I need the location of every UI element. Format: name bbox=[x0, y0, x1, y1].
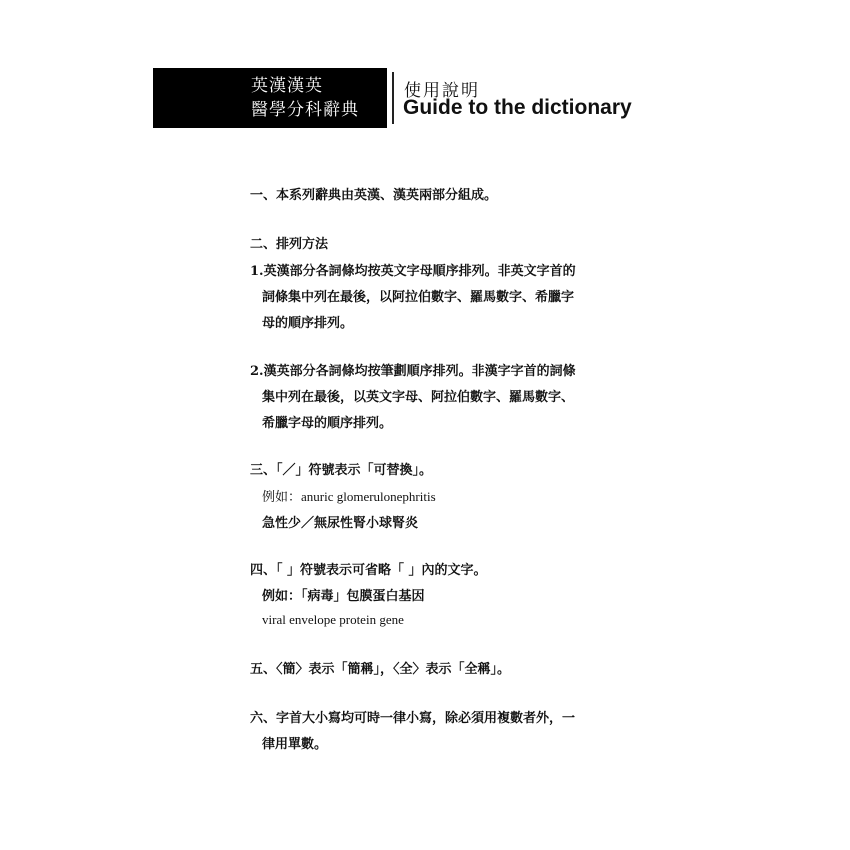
section-5: 五、〈簡〉表示「簡稱」，〈全〉表示「全稱」。 bbox=[250, 658, 510, 677]
dictionary-name-line2: 醫學分科辭典 bbox=[251, 98, 359, 122]
section-6-line-2: 律用單數。 bbox=[262, 733, 327, 752]
section-3-example-chinese: 急性少／無尿性腎小球腎炎 bbox=[262, 512, 418, 531]
section-2-title: 二、排列方法 bbox=[250, 233, 328, 252]
header-divider bbox=[392, 72, 394, 124]
section-2-item-2-line-3: 希臘字母的順序排列。 bbox=[262, 412, 392, 431]
section-4-title: 四、「 」符號表示可省略「 」內的文字。 bbox=[250, 559, 487, 578]
section-1: 一、本系列辭典由英漢、漢英兩部分組成。 bbox=[250, 184, 497, 203]
dictionary-name-line1: 英漢漢英 bbox=[251, 74, 359, 98]
page-title-english: Guide to the dictionary bbox=[403, 96, 632, 120]
section-2-item-2-line-2: 集中列在最後，以英文字母、阿拉伯數字、羅馬數字、 bbox=[262, 386, 574, 405]
section-4-example-english: viral envelope protein gene bbox=[262, 612, 404, 628]
header-title-box: 英漢漢英 醫學分科辭典 bbox=[153, 68, 387, 128]
section-2-item-2-line-1: 2.漢英部分各詞條均按筆劃順序排列。非漢字字首的詞條 bbox=[250, 360, 576, 379]
section-3-title: 三、「／」符號表示「可替換」。 bbox=[250, 459, 432, 478]
section-4-example-chinese: 例如：「病毒」包膜蛋白基因 bbox=[262, 585, 425, 604]
section-2-item-1-line-2: 詞條集中列在最後，以阿拉伯數字、羅馬數字、希臘字 bbox=[262, 286, 574, 305]
section-3-example-english: 例如：anuric glomerulonephritis bbox=[262, 486, 436, 505]
section-6-line-1: 六、字首大小寫均可時一律小寫，除必須用複數者外，一 bbox=[250, 707, 575, 726]
section-2-item-1-line-3: 母的順序排列。 bbox=[262, 312, 353, 331]
dictionary-name: 英漢漢英 醫學分科辭典 bbox=[251, 74, 359, 122]
section-2-item-1-line-1: 1.英漢部分各詞條均按英文字母順序排列。非英文字首的 bbox=[250, 260, 576, 279]
